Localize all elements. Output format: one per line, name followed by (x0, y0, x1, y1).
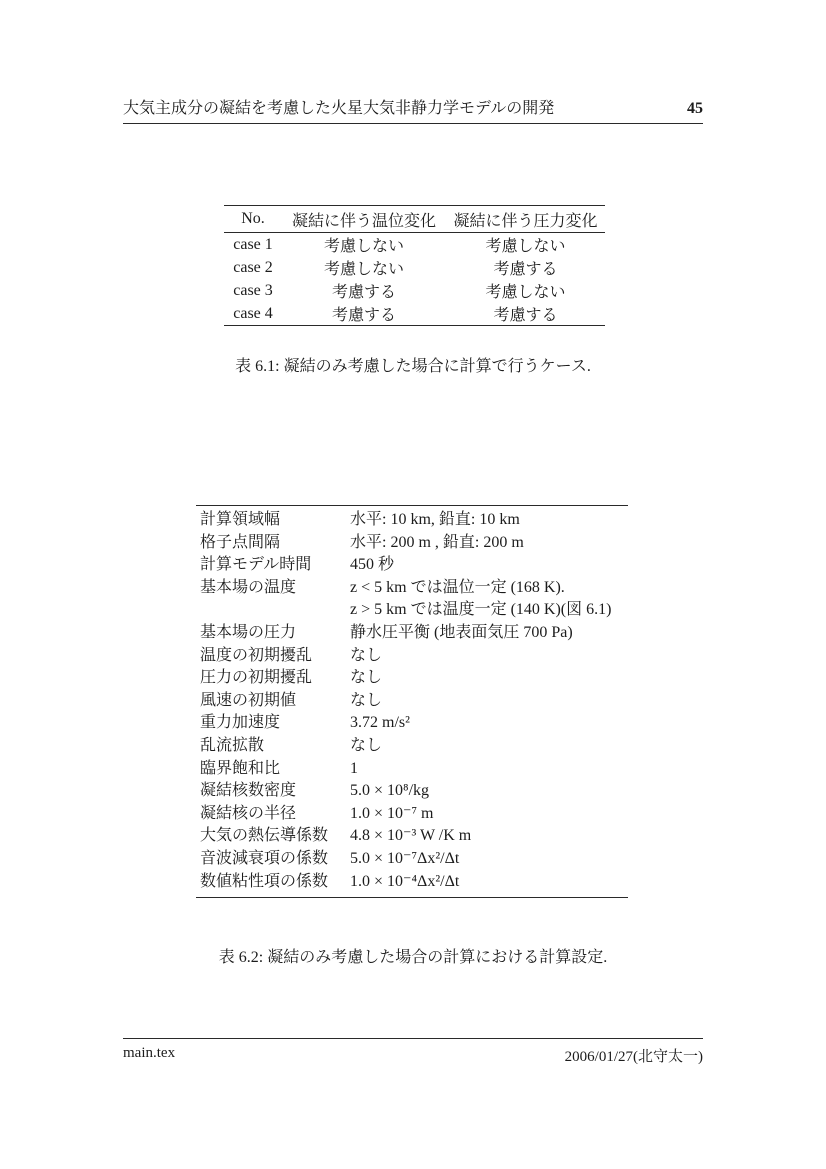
table-row: 基本場の圧力 静水圧平衡 (地表面気圧 700 Pa) (196, 622, 628, 645)
setting-label: 風速の初期値 (196, 690, 350, 713)
setting-value: 5.0 × 10⁻⁷Δx²/Δt (350, 848, 628, 871)
setting-value: なし (350, 667, 628, 690)
setting-value: なし (350, 690, 628, 713)
setting-value: 静水圧平衡 (地表面気圧 700 Pa) (350, 622, 628, 645)
header-title: 大気主成分の凝結を考慮した火星大気非静力学モデルの開発 (123, 95, 554, 118)
setting-label: 大気の熱伝導係数 (196, 825, 350, 848)
setting-label: 凝結核数密度 (196, 780, 350, 803)
document-page: 大気主成分の凝結を考慮した火星大気非静力学モデルの開発 45 No. 凝結に伴う… (0, 0, 826, 1169)
table-cell: 考慮しない (282, 233, 446, 256)
setting-value: 水平: 200 m , 鉛直: 200 m (350, 532, 628, 555)
table-row: 重力加速度 3.72 m/s² (196, 712, 628, 735)
setting-label: 臨界飽和比 (196, 758, 350, 781)
table-cell: 考慮する (446, 256, 605, 279)
table-cell: 考慮する (282, 279, 446, 302)
setting-value: 1 (350, 758, 628, 781)
setting-value: 1.0 × 10⁻⁷ m (350, 803, 628, 826)
table-row: 格子点間隔 水平: 200 m , 鉛直: 200 m (196, 532, 628, 555)
running-header: 大気主成分の凝結を考慮した火星大気非静力学モデルの開発 45 (123, 95, 703, 124)
page-footer: main.tex 2006/01/27(北守太一) (123, 1038, 703, 1066)
table-6-2: 計算領域幅 水平: 10 km, 鉛直: 10 km 格子点間隔 水平: 200… (196, 505, 628, 898)
setting-label: 音波減衰項の係数 (196, 848, 350, 871)
setting-value: 1.0 × 10⁻⁴Δx²/Δt (350, 871, 628, 894)
setting-value: なし (350, 645, 628, 668)
page-number: 45 (687, 100, 703, 118)
table-row: 凝結核の半径 1.0 × 10⁻⁷ m (196, 803, 628, 826)
table-cell: case 2 (224, 259, 282, 277)
table-cell: 考慮する (282, 302, 446, 325)
table-row: 大気の熱伝導係数 4.8 × 10⁻³ W /K m (196, 825, 628, 848)
footer-date-author: 2006/01/27(北守太一) (565, 1045, 703, 1066)
setting-label: 基本場の圧力 (196, 622, 350, 645)
setting-label: 乱流拡散 (196, 735, 350, 758)
column-header: 凝結に伴う圧力変化 (446, 208, 605, 231)
table-6-1-caption: 表 6.1: 凝結のみ考慮した場合に計算で行うケース. (123, 353, 703, 376)
table-row: case 2 考慮しない 考慮する (224, 256, 605, 279)
table-row: 臨界飽和比 1 (196, 758, 628, 781)
setting-value: なし (350, 735, 628, 758)
table-cell: 考慮しない (446, 233, 605, 256)
table-row: z > 5 km では温度一定 (140 K)(図 6.1) (196, 599, 628, 622)
setting-label (196, 599, 350, 622)
table-row: 凝結核数密度 5.0 × 10⁸/kg (196, 780, 628, 803)
table-cell: case 3 (224, 282, 282, 300)
table-cell: 考慮しない (446, 279, 605, 302)
setting-label: 計算モデル時間 (196, 554, 350, 577)
table-6-1-header-row: No. 凝結に伴う温位変化 凝結に伴う圧力変化 (224, 206, 605, 233)
setting-label: 基本場の温度 (196, 577, 350, 600)
column-header: No. (224, 210, 282, 228)
setting-label: 格子点間隔 (196, 532, 350, 555)
setting-value: z > 5 km では温度一定 (140 K)(図 6.1) (350, 599, 628, 622)
table-row: 基本場の温度 z < 5 km では温位一定 (168 K). (196, 577, 628, 600)
table-cell: case 4 (224, 305, 282, 323)
setting-value: 450 秒 (350, 554, 628, 577)
setting-value: 3.72 m/s² (350, 712, 628, 735)
table-6-2-caption: 表 6.2: 凝結のみ考慮した場合の計算における計算設定. (123, 944, 703, 967)
footer-filename: main.tex (123, 1045, 175, 1066)
table-row: 計算領域幅 水平: 10 km, 鉛直: 10 km (196, 509, 628, 532)
setting-value: 4.8 × 10⁻³ W /K m (350, 825, 628, 848)
table-row: case 4 考慮する 考慮する (224, 302, 605, 325)
table-cell: 考慮しない (282, 256, 446, 279)
table-row: 風速の初期値 なし (196, 690, 628, 713)
setting-label: 圧力の初期擾乱 (196, 667, 350, 690)
table-row: 数値粘性項の係数 1.0 × 10⁻⁴Δx²/Δt (196, 871, 628, 894)
table-6-1: No. 凝結に伴う温位変化 凝結に伴う圧力変化 case 1 考慮しない 考慮し… (224, 205, 605, 326)
setting-value: 水平: 10 km, 鉛直: 10 km (350, 509, 628, 532)
table-cell: 考慮する (446, 302, 605, 325)
table-row: case 1 考慮しない 考慮しない (224, 233, 605, 256)
table-row: 温度の初期擾乱 なし (196, 645, 628, 668)
setting-label: 凝結核の半径 (196, 803, 350, 826)
table-row: 計算モデル時間 450 秒 (196, 554, 628, 577)
table-row: 圧力の初期擾乱 なし (196, 667, 628, 690)
setting-label: 温度の初期擾乱 (196, 645, 350, 668)
column-header: 凝結に伴う温位変化 (282, 208, 446, 231)
setting-value: 5.0 × 10⁸/kg (350, 780, 628, 803)
table-row: 音波減衰項の係数 5.0 × 10⁻⁷Δx²/Δt (196, 848, 628, 871)
setting-label: 計算領域幅 (196, 509, 350, 532)
setting-value: z < 5 km では温位一定 (168 K). (350, 577, 628, 600)
table-cell: case 1 (224, 236, 282, 254)
setting-label: 数値粘性項の係数 (196, 871, 350, 894)
setting-label: 重力加速度 (196, 712, 350, 735)
table-row: case 3 考慮する 考慮しない (224, 279, 605, 302)
table-row: 乱流拡散 なし (196, 735, 628, 758)
